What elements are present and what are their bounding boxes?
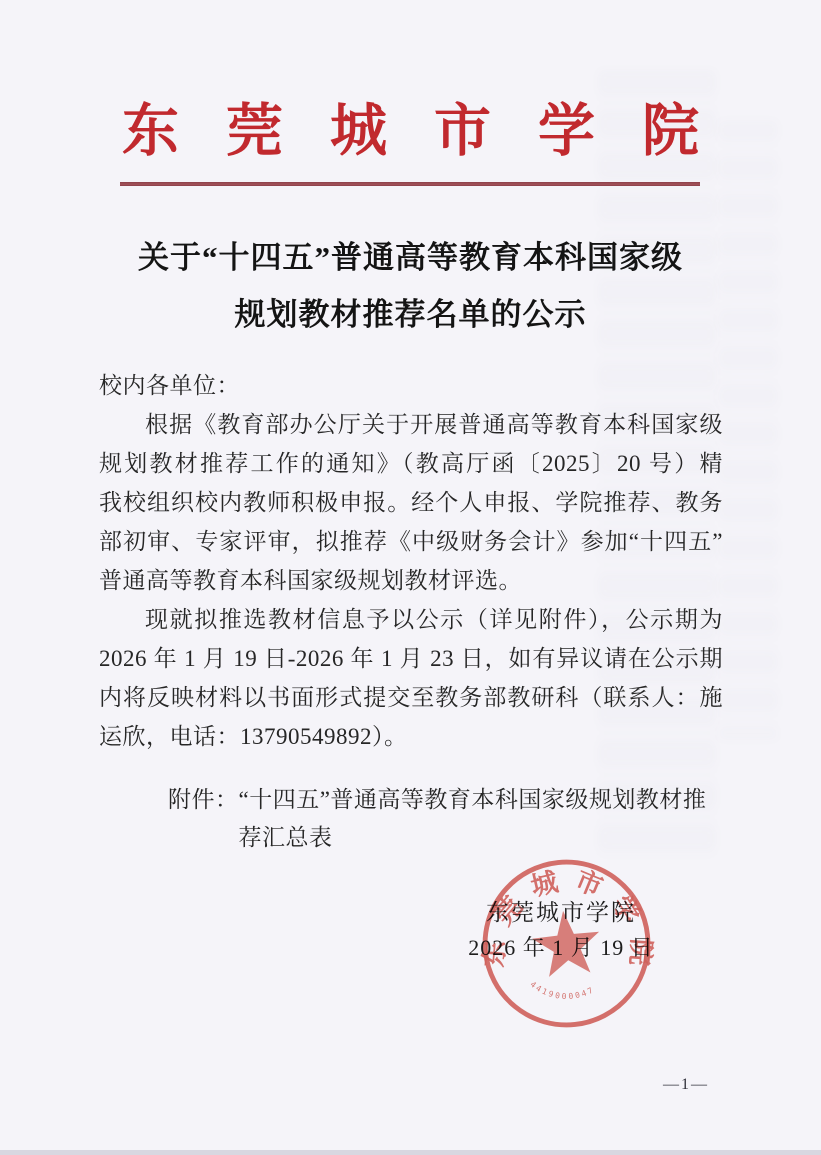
paragraph2-line: 运欣，电话：13790549892）。 xyxy=(99,717,723,756)
paragraph1-line: 根据《教育部办公厅关于开展普通高等教育本科国家级 xyxy=(99,405,723,444)
paragraph1-line: 规划教材推荐工作的通知》（教高厅函〔2025〕20 号）精神， xyxy=(99,444,723,483)
document-body: 校内各单位： 根据《教育部办公厅关于开展普通高等教育本科国家级 规划教材推荐工作… xyxy=(99,366,723,756)
attachment-text: “十四五”普通高等教育本科国家级规划教材推荐汇总表 xyxy=(239,781,726,857)
attachment-label: 附件： xyxy=(168,781,239,819)
document-page: 东莞城市学院 关于“十四五”普通高等教育本科国家级 规划教材推荐名单的公示 校内… xyxy=(0,0,821,1155)
scan-bottom-edge xyxy=(0,1150,821,1155)
svg-text:4419000047: 4419000047 xyxy=(528,973,597,1005)
paragraph2-line: 现就拟推选教材信息予以公示（详见附件），公示期为 xyxy=(99,600,723,639)
seal-serial-number: 4419000047 xyxy=(528,973,597,1005)
document-title-line2: 规划教材推荐名单的公示 xyxy=(0,286,821,343)
attachment-note: 附件： “十四五”普通高等教育本科国家级规划教材推荐汇总表 xyxy=(168,781,724,857)
paragraph2-line: 2026 年 1 月 19 日-2026 年 1 月 23 日，如有异议请在公示… xyxy=(99,639,723,678)
document-title: 关于“十四五”普通高等教育本科国家级 规划教材推荐名单的公示 xyxy=(0,229,821,343)
official-seal: 东莞城市学院 4419000047 xyxy=(469,846,664,1041)
salutation: 校内各单位： xyxy=(99,366,723,405)
scan-bleed-through xyxy=(718,120,778,740)
page-number: —1— xyxy=(663,1076,709,1094)
letterhead-divider xyxy=(120,182,700,186)
paragraph1-line: 普通高等教育本科国家级规划教材评选。 xyxy=(99,561,723,600)
letterhead-title: 东莞城市学院 xyxy=(0,97,821,167)
paragraph1-line: 部初审、专家评审，拟推荐《中级财务会计》参加“十四五” xyxy=(99,522,723,561)
document-title-line1: 关于“十四五”普通高等教育本科国家级 xyxy=(0,229,821,286)
seal-star-icon xyxy=(530,907,604,978)
paragraph1-line: 我校组织校内教师积极申报。经个人申报、学院推荐、教务 xyxy=(99,483,723,522)
paragraph2-line: 内将反映材料以书面形式提交至教务部教研科（联系人：施 xyxy=(99,678,723,717)
